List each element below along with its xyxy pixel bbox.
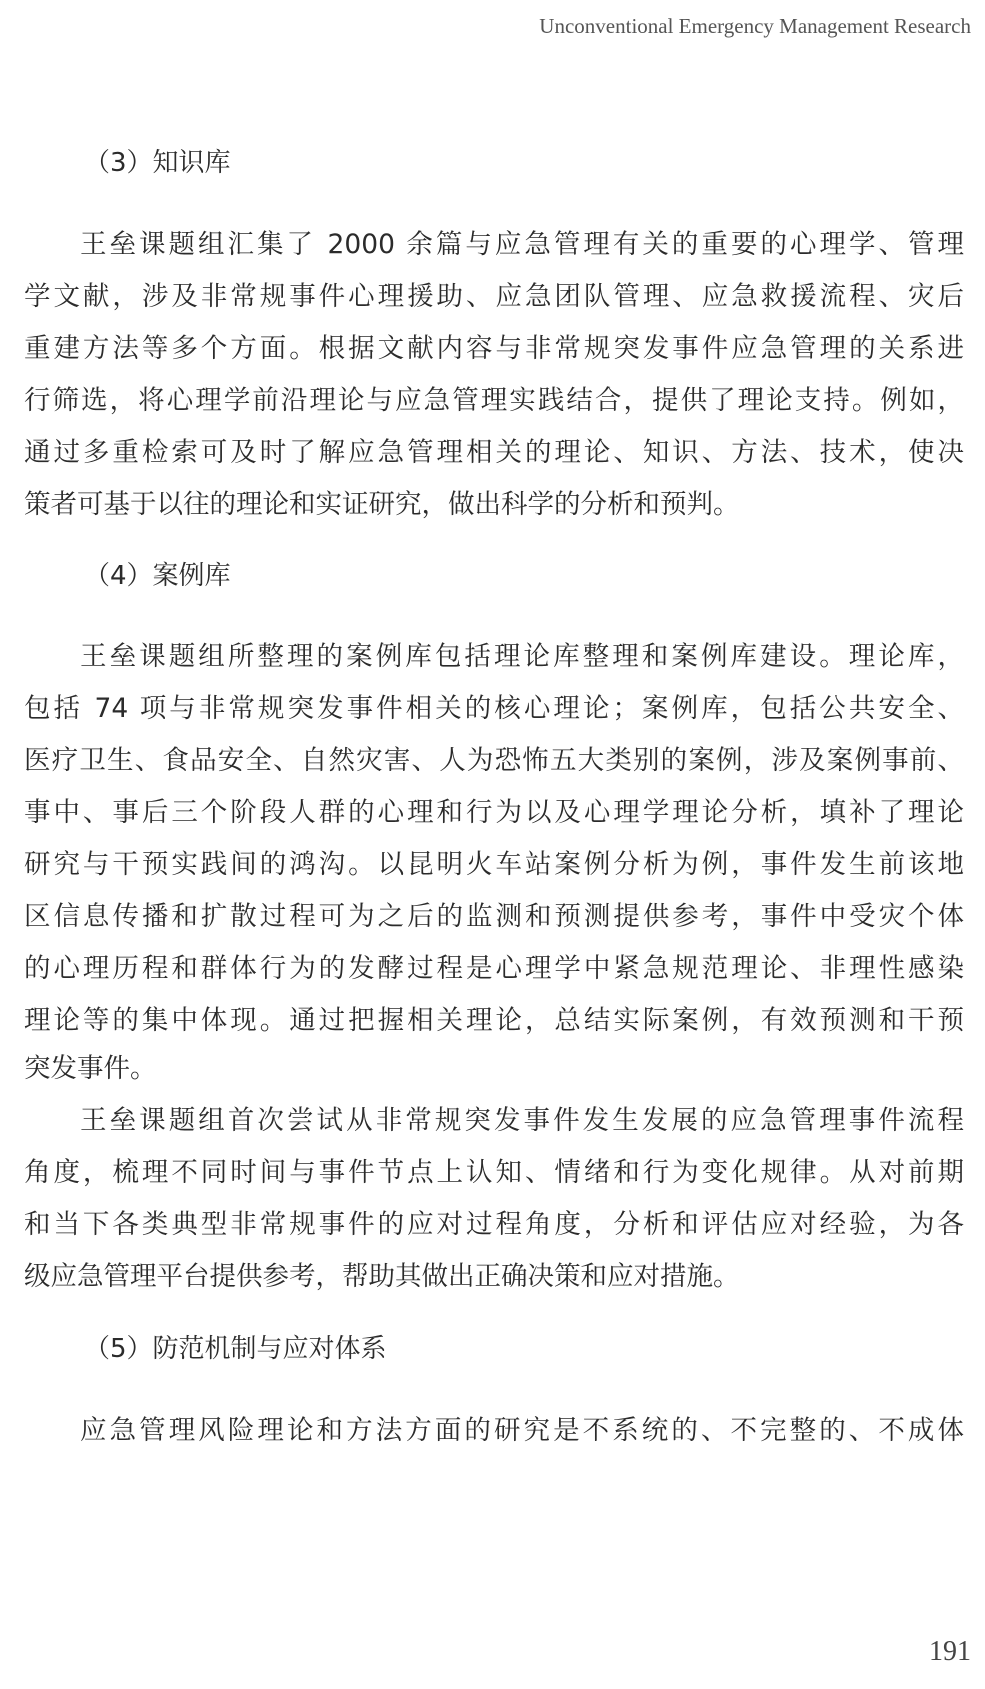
paragraph-line: 行筛选，将心理学前沿理论与应急管理实践结合，提供了理论支持。例如， xyxy=(24,378,964,417)
paragraph-line: 角度，梳理不同时间与事件节点上认知、情绪和行为变化规律。从对前期 xyxy=(24,1150,964,1189)
paragraph-line: 王垒课题组首次尝试从非常规突发事件发生发展的应急管理事件流程 xyxy=(80,1098,964,1137)
paragraph-line: 理论等的集中体现。通过把握相关理论，总结实际案例，有效预测和干预 xyxy=(24,998,964,1037)
paragraph-line: 王垒课题组所整理的案例库包括理论库整理和案例库建设。理论库， xyxy=(80,634,964,673)
paragraph-line: 策者可基于以往的理论和实证研究，做出科学的分析和预判。 xyxy=(24,482,964,521)
section-heading-prevention: （5）防范机制与应对体系 xyxy=(84,1328,387,1365)
paragraph-line: 应急管理风险理论和方法方面的研究是不系统的、不完整的、不成体 xyxy=(80,1408,964,1447)
running-header: Unconventional Emergency Management Rese… xyxy=(539,14,971,39)
paragraph-line: 突发事件。 xyxy=(24,1046,964,1085)
section-heading-knowledge-base: （3）知识库 xyxy=(84,142,231,179)
paragraph-line: 研究与干预实践间的鸿沟。以昆明火车站案例分析为例，事件发生前该地 xyxy=(24,842,964,881)
paragraph-line: 王垒课题组汇集了 2000 余篇与应急管理有关的重要的心理学、管理 xyxy=(80,222,964,261)
paragraph-line: 学文献，涉及非常规事件心理援助、应急团队管理、应急救援流程、灾后 xyxy=(24,274,964,313)
page-number: 191 xyxy=(929,1636,971,1668)
paragraph-line: 重建方法等多个方面。根据文献内容与非常规突发事件应急管理的关系进 xyxy=(24,326,964,365)
section-heading-case-base: （4）案例库 xyxy=(84,555,231,592)
paragraph-line: 包括 74 项与非常规突发事件相关的核心理论；案例库，包括公共安全、 xyxy=(24,686,964,725)
paragraph-line: 事中、事后三个阶段人群的心理和行为以及心理学理论分析，填补了理论 xyxy=(24,790,964,829)
paragraph-line: 医疗卫生、食品安全、自然灾害、人为恐怖五大类别的案例，涉及案例事前、 xyxy=(24,738,964,777)
paragraph-line: 级应急管理平台提供参考，帮助其做出正确决策和应对措施。 xyxy=(24,1254,964,1293)
paragraph-line: 的心理历程和群体行为的发酵过程是心理学中紧急规范理论、非理性感染 xyxy=(24,946,964,985)
paragraph-line: 通过多重检索可及时了解应急管理相关的理论、知识、方法、技术，使决 xyxy=(24,430,964,469)
paragraph-line: 和当下各类典型非常规事件的应对过程角度，分析和评估应对经验，为各 xyxy=(24,1202,964,1241)
paragraph-line: 区信息传播和扩散过程可为之后的监测和预测提供参考，事件中受灾个体 xyxy=(24,894,964,933)
